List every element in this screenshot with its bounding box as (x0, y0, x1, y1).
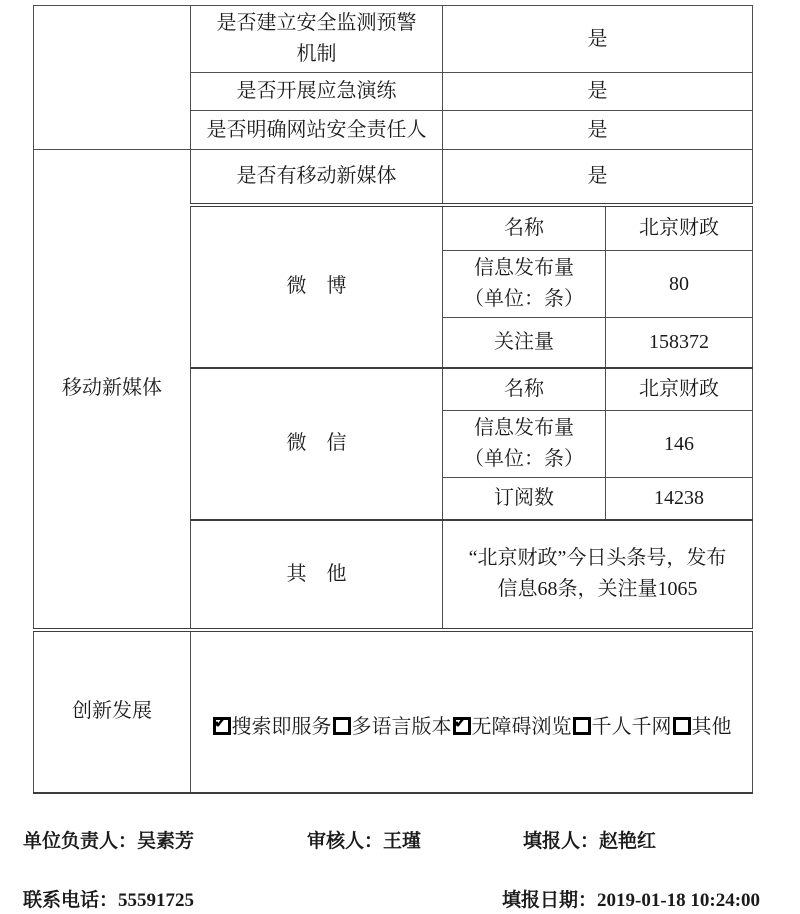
blank-section-cell (34, 6, 191, 150)
field-label-cell: 名称 (443, 205, 606, 251)
field-label-cell: 名称 (443, 368, 606, 411)
option-label: 无障碍浏览 (472, 716, 572, 738)
field-value-cell: 158372 (606, 318, 753, 368)
report-page: { "section_security": { "rows": [ { "que… (0, 0, 800, 914)
field-label-cell: 订阅数 (443, 478, 606, 520)
field-label-cell: 关注量 (443, 318, 606, 368)
field-value-cell: 80 (606, 251, 753, 318)
question-cell: 是否明确网站安全责任人 (191, 111, 443, 150)
checkbox-multilingual-version[interactable] (333, 717, 351, 735)
question-cell: 是否有移动新媒体 (191, 150, 443, 205)
phone-note: 联系电话：55591725 (23, 885, 194, 912)
field-label-cell: 信息发布量 （单位：条） (443, 411, 606, 478)
section-label-mobile-media: 移动新媒体 (34, 150, 191, 630)
unit-head-note: 单位负责人：吴素芳 (23, 826, 194, 853)
innovation-option: 多语言版本 (332, 716, 452, 738)
checkbox-other[interactable] (673, 717, 691, 735)
answer-cell: 是 (443, 6, 753, 73)
other-media-value-cell: “北京财政”今日头条号，发布 信息68条，关注量1065 (443, 520, 753, 630)
group-label-other: 其 他 (191, 520, 443, 630)
checkbox-qianren-qianwang[interactable] (573, 717, 591, 735)
section-label-innovation: 创新发展 (34, 630, 191, 793)
option-label: 搜索即服务 (232, 716, 332, 738)
innovation-option: 千人千网 (572, 716, 672, 738)
field-value-cell: 14238 (606, 478, 753, 520)
check-mark-icon: ✔ (454, 715, 468, 732)
field-value-cell: 146 (606, 411, 753, 478)
innovation-options-cell: ✔搜索即服务多语言版本✔无障碍浏览千人千网其他 (191, 630, 753, 793)
checkbox-accessibility-browsing[interactable]: ✔ (453, 717, 471, 735)
question-cell: 是否开展应急演练 (191, 73, 443, 111)
innovation-option: ✔搜索即服务 (212, 716, 332, 738)
group-label-weibo: 微 博 (191, 205, 443, 368)
fill-date-note: 填报日期：2019-01-18 10:24:00 (502, 885, 760, 912)
filler-note: 填报人：赵艳红 (523, 826, 656, 853)
answer-cell: 是 (443, 111, 753, 150)
checkbox-search-as-service[interactable]: ✔ (213, 717, 231, 735)
option-label: 千人千网 (592, 716, 672, 738)
field-label-cell: 信息发布量 （单位：条） (443, 251, 606, 318)
question-cell: 是否建立安全监测预警 机制 (191, 6, 443, 73)
innovation-option: ✔无障碍浏览 (452, 716, 572, 738)
innovation-option: 其他 (672, 716, 732, 738)
option-label: 其他 (692, 716, 732, 738)
check-mark-icon: ✔ (214, 715, 228, 732)
annual-report-table: 是否建立安全监测预警 机制 是 是否开展应急演练 是 是否明确网站安全责任人 是… (33, 5, 753, 794)
group-label-wechat: 微 信 (191, 368, 443, 520)
field-value-cell: 北京财政 (606, 368, 753, 411)
reviewer-note: 审核人：王瑾 (307, 826, 421, 853)
answer-cell: 是 (443, 73, 753, 111)
answer-cell: 是 (443, 150, 753, 205)
option-label: 多语言版本 (352, 716, 452, 738)
field-value-cell: 北京财政 (606, 205, 753, 251)
